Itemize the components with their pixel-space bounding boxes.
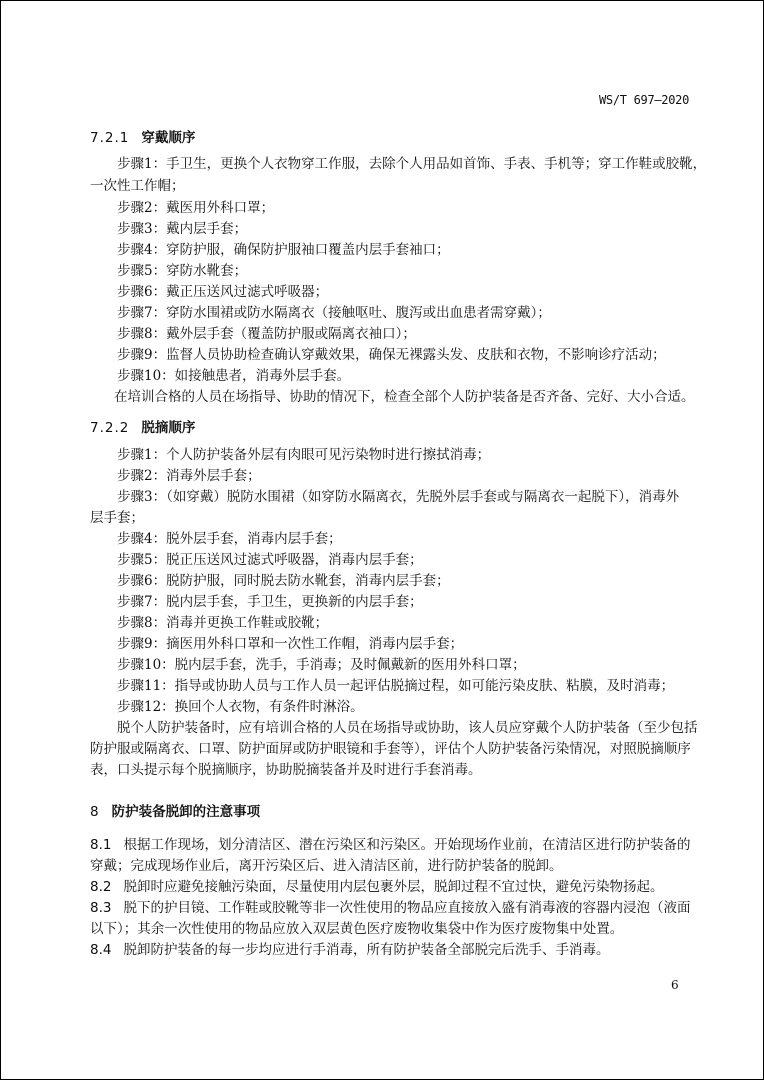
- clause-number: 8.4: [90, 940, 111, 960]
- clause-number: 8.3: [90, 898, 111, 918]
- step-line: 步骤4：穿防护服，确保防护服袖口覆盖内层手套袖口；: [117, 240, 450, 260]
- clause-8-4: 8.4脱卸防护装备的每一步均应进行手消毒，所有防护装备全部脱完后洗手、手消毒。: [90, 940, 609, 960]
- page-number: 6: [671, 978, 679, 992]
- step-line: 一次性工作帽；: [90, 176, 185, 196]
- clause-number: 8.2: [90, 877, 111, 897]
- clause-text: 根据工作现场，划分清洁区、潜在污染区和污染区。开始现场作业前，在清洁区进行防护装…: [123, 837, 690, 853]
- step-line: 步骤8：戴外层手套（覆盖防护服或隔离衣袖口）；: [117, 324, 416, 344]
- clause-text: 脱卸防护装备的每一步均应进行手消毒，所有防护装备全部脱完后洗手、手消毒。: [123, 942, 609, 958]
- step-line: 步骤1：个人防护装备外层有肉眼可见污染物时进行擦拭消毒；: [117, 445, 490, 465]
- section-note: 防护服或隔离衣、口罩、防护面屏或防护眼镜和手套等），评估个人防护装备污染情况，对…: [90, 739, 691, 759]
- step-line: 步骤3：戴内层手套；: [117, 219, 247, 239]
- step-line: 步骤9：监督人员协助检查确认穿戴效果，确保无裸露头发、皮肤和衣物，不影响诊疗活动…: [117, 345, 666, 365]
- step-line: 步骤2：戴医用外科口罩；: [117, 198, 274, 218]
- section-number: 8: [90, 804, 100, 820]
- section-note: 在培训合格的人员在场指导、协助的情况下，检查全部个人防护装备是否齐备、完好、大小…: [114, 387, 695, 407]
- step-line: 步骤3：（如穿戴）脱防水围裙（如穿防水隔离衣，先脱外层手套或与隔离衣一起脱下），…: [117, 487, 679, 507]
- step-line: 步骤12：换回个人衣物，有条件时淋浴。: [117, 697, 364, 717]
- step-line: 步骤10：脱内层手套，洗手，手消毒；及时佩戴新的医用外科口罩；: [117, 655, 526, 675]
- document-page: WS/T 697—2020 7.2.1穿戴顺序 步骤1：手卫生，更换个人衣物穿工…: [0, 0, 764, 1080]
- clause-text: 穿戴；完成现场作业后，离开污染区后、进入清洁区前，进行防护装备的脱卸。: [90, 856, 563, 876]
- standard-code: WS/T 697—2020: [599, 93, 689, 107]
- section-title: 防护装备脱卸的注意事项: [112, 804, 261, 820]
- step-line: 步骤2：消毒外层手套；: [117, 466, 261, 486]
- section-note: 表，口头提示每个脱摘顺序，协助脱摘装备并及时进行手套消毒。: [90, 760, 482, 780]
- clause-text: 以下）；其余一次性使用的物品应放入双层黄色医疗废物收集袋中作为医疗废物集中处置。: [90, 919, 623, 939]
- clause-8-1: 8.1根据工作现场，划分清洁区、潜在污染区和污染区。开始现场作业前，在清洁区进行…: [90, 835, 690, 855]
- clause-text: 脱下的护目镜、工作鞋或胶靴等非一次性使用的物品应直接放入盛有消毒液的容器内浸泡（…: [123, 900, 690, 916]
- step-line: 步骤5：穿防水靴套；: [117, 261, 247, 281]
- section-heading-8: 8防护装备脱卸的注意事项: [90, 800, 260, 820]
- clause-8-2: 8.2脱卸时应避免接触污染面，尽量使用内层包裹外层，脱卸过程不宜过快，避免污染物…: [90, 877, 663, 897]
- step-line: 步骤6：戴正压送风过滤式呼吸器；: [117, 282, 328, 302]
- section-number: 7.2.1: [90, 130, 129, 146]
- section-heading-7-2-2: 7.2.2脱摘顺序: [90, 416, 195, 436]
- section-title: 穿戴顺序: [141, 130, 195, 146]
- step-line: 步骤9：摘医用外科口罩和一次性工作帽，消毒内层手套；: [117, 634, 463, 654]
- step-line: 步骤1：手卫生，更换个人衣物穿工作服，去除个人用品如首饰、手表、手机等；穿工作鞋…: [117, 154, 706, 174]
- section-title: 脱摘顺序: [141, 420, 195, 436]
- clause-text: 脱卸时应避免接触污染面，尽量使用内层包裹外层，脱卸过程不宜过快，避免污染物扬起。: [123, 879, 663, 895]
- step-line: 步骤10：如接触患者，消毒外层手套。: [117, 366, 350, 386]
- step-line: 步骤5：脱正压送风过滤式呼吸器，消毒内层手套；: [117, 550, 423, 570]
- section-number: 7.2.2: [90, 420, 129, 436]
- clause-8-3: 8.3脱下的护目镜、工作鞋或胶靴等非一次性使用的物品应直接放入盛有消毒液的容器内…: [90, 898, 690, 918]
- step-line: 步骤6：脱防护服，同时脱去防水靴套，消毒内层手套；: [117, 571, 450, 591]
- section-note: 脱个人防护装备时，应有培训合格的人员在场指导或协助，该人员应穿戴个人防护装备（至…: [117, 718, 698, 738]
- step-line: 步骤7：穿防水围裙或防水隔离衣（接触呕吐、腹泻或出血患者需穿戴）；: [117, 303, 551, 323]
- step-line: 步骤11：指导或协助人员与工作人员一起评估脱摘过程，如可能污染皮肤、粘膜，及时消…: [117, 676, 674, 696]
- section-heading-7-2-1: 7.2.1穿戴顺序: [90, 126, 195, 146]
- step-line: 步骤8：消毒并更换工作鞋或胶靴；: [117, 613, 328, 633]
- step-line: 步骤4：脱外层手套，消毒内层手套；: [117, 529, 342, 549]
- clause-number: 8.1: [90, 835, 111, 855]
- step-line: 步骤7：脱内层手套，手卫生，更换新的内层手套；: [117, 592, 423, 612]
- step-line: 层手套；: [90, 508, 144, 528]
